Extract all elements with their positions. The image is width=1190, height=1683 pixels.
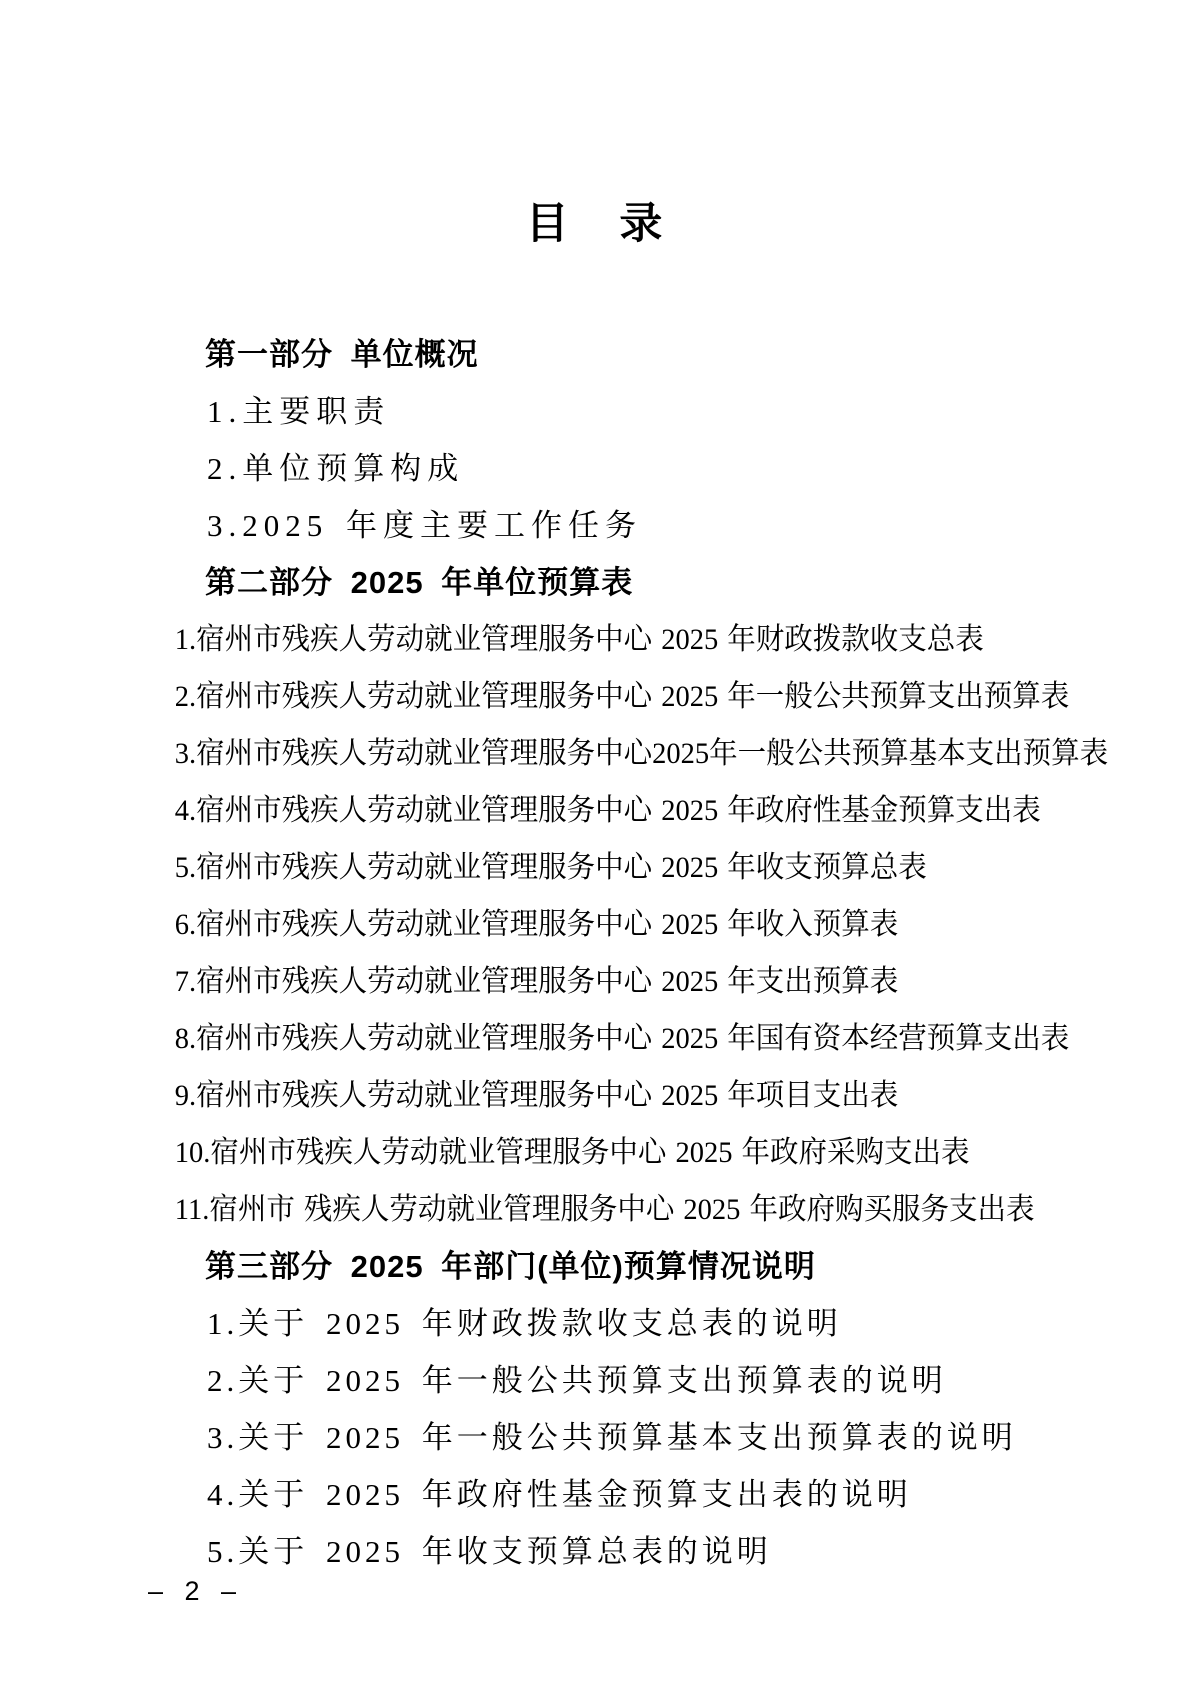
toc-item: 3.关于 2025 年一般公共预算基本支出预算表的说明: [0, 1409, 1190, 1466]
toc-item: 4.关于 2025 年政府性基金预算支出表的说明: [0, 1466, 1190, 1523]
page-title: 目 录: [0, 0, 1190, 254]
toc-item: 5.宿州市残疾人劳动就业管理服务中心 2025 年收支预算总表: [0, 839, 927, 896]
toc-item: 3.2025 年度主要工作任务: [0, 497, 1190, 554]
toc-item: 2.单位预算构成: [0, 440, 1190, 497]
toc-item: 1.关于 2025 年财政拨款收支总表的说明: [0, 1295, 1190, 1352]
section-1-heading: 第一部分 单位概况: [0, 326, 1190, 383]
table-of-contents: 第一部分 单位概况 1.主要职责 2.单位预算构成 3.2025 年度主要工作任…: [0, 326, 1190, 1580]
toc-item: 2.宿州市残疾人劳动就业管理服务中心 2025 年一般公共预算支出预算表: [0, 668, 1069, 725]
toc-item: 10.宿州市残疾人劳动就业管理服务中心 2025 年政府采购支出表: [0, 1124, 969, 1181]
toc-item: 5.关于 2025 年收支预算总表的说明: [0, 1523, 1190, 1580]
section-2-heading: 第二部分 2025 年单位预算表: [0, 554, 1190, 611]
toc-item: 9.宿州市残疾人劳动就业管理服务中心 2025 年项目支出表: [0, 1067, 898, 1124]
toc-item: 4.宿州市残疾人劳动就业管理服务中心 2025 年政府性基金预算支出表: [0, 782, 1041, 839]
page-number: – 2 –: [148, 1576, 236, 1607]
toc-item: 1.主要职责: [0, 383, 1190, 440]
toc-item: 6.宿州市残疾人劳动就业管理服务中心 2025 年收入预算表: [0, 896, 898, 953]
section-3-heading: 第三部分 2025 年部门(单位)预算情况说明: [0, 1238, 1190, 1295]
document-page: 目 录 第一部分 单位概况 1.主要职责 2.单位预算构成 3.2025 年度主…: [0, 0, 1190, 1683]
toc-item: 7.宿州市残疾人劳动就业管理服务中心 2025 年支出预算表: [0, 953, 898, 1010]
toc-item: 2.关于 2025 年一般公共预算支出预算表的说明: [0, 1352, 1190, 1409]
toc-item: 1.宿州市残疾人劳动就业管理服务中心 2025 年财政拨款收支总表: [0, 611, 984, 668]
toc-item: 11.宿州市 残疾人劳动就业管理服务中心 2025 年政府购买服务支出表: [0, 1181, 1034, 1238]
toc-item: 8.宿州市残疾人劳动就业管理服务中心 2025 年国有资本经营预算支出表: [0, 1010, 1069, 1067]
toc-item: 3.宿州市残疾人劳动就业管理服务中心2025年一般公共预算基本支出预算表: [0, 725, 1108, 782]
